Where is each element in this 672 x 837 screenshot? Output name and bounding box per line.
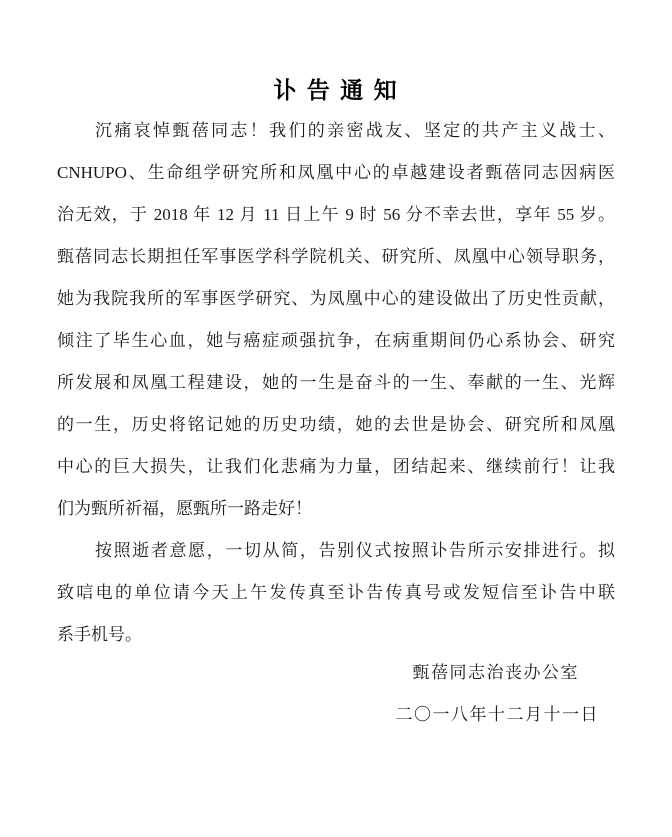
body-line: 所发展和凤凰工程建设，她的一生是奋斗的一生、奉献的一生、光辉 [57, 362, 615, 404]
body-line: 倾注了毕生心血，她与癌症顽强抗争，在病重期间仍心系协会、研究 [57, 320, 615, 362]
body-line: 们为甄所祈福，愿甄所一路走好！ [57, 488, 615, 530]
date-line: 二〇一八年十二月十一日 [57, 694, 615, 736]
body-line: 致唁电的单位请今天上午发传真至讣告传真号或发短信至讣告中联 [57, 572, 615, 614]
page-title: 讣 告 通 知 [0, 74, 672, 106]
body-line: 她为我院我所的军事医学研究、为凤凰中心的建设做出了历史性贡献， [57, 278, 615, 320]
body-line: 按照逝者意愿，一切从简，告别仪式按照讣告所示安排进行。拟 [57, 530, 615, 572]
body-line: 沉痛哀悼甄蓓同志！我们的亲密战友、坚定的共产主义战士、 [57, 110, 615, 152]
paragraph-1: 沉痛哀悼甄蓓同志！我们的亲密战友、坚定的共产主义战士、 CNHUPO、生命组学研… [57, 110, 615, 530]
signature-line: 甄蓓同志治丧办公室 [57, 652, 615, 694]
body-line: 的一生，历史将铭记她的历史功绩，她的去世是协会、研究所和凤凰 [57, 404, 615, 446]
body-line: 甄蓓同志长期担任军事医学科学院机关、研究所、凤凰中心领导职务， [57, 236, 615, 278]
body-line: 治无效，于 2018 年 12 月 11 日上午 9 时 56 分不幸去世，享年… [57, 194, 615, 236]
body-line: CNHUPO、生命组学研究所和凤凰中心的卓越建设者甄蓓同志因病医 [57, 152, 615, 194]
body-line: 系手机号。 [57, 614, 615, 656]
body-line: 中心的巨大损失，让我们化悲痛为力量，团结起来、继续前行！让我 [57, 446, 615, 488]
obituary-notice-page: 讣 告 通 知 沉痛哀悼甄蓓同志！我们的亲密战友、坚定的共产主义战士、 CNHU… [0, 0, 672, 837]
paragraph-2: 按照逝者意愿，一切从简，告别仪式按照讣告所示安排进行。拟 致唁电的单位请今天上午… [57, 530, 615, 656]
